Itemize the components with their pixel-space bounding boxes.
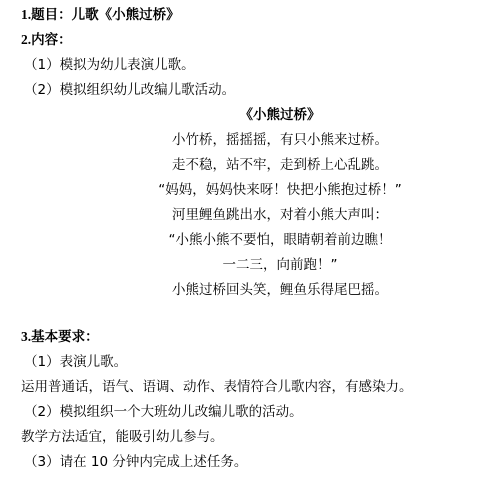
poem-line: 小竹桥，摇摇摇，有只小熊来过桥。 bbox=[140, 132, 420, 148]
requirement-item: 运用普通话，语气、语调、动作、表情符合儿歌内容，有感染力。 bbox=[21, 379, 413, 395]
heading-text: 内容： bbox=[31, 32, 72, 48]
poem-line: 一二三，向前跑！” bbox=[140, 257, 420, 273]
poem-line: “妈妈，妈妈快来呀！快把小熊抱过桥！” bbox=[140, 182, 420, 198]
content-item: （2）模拟组织幼儿改编儿歌活动。 bbox=[24, 82, 235, 98]
requirement-item: （2）模拟组织一个大班幼儿改编儿歌的活动。 bbox=[24, 404, 303, 420]
poem-line: 走不稳，站不牢，走到桥上心乱跳。 bbox=[140, 157, 420, 173]
heading-text: 基本要求： bbox=[31, 329, 99, 345]
section-requirements-heading: 3.基本要求： bbox=[21, 329, 99, 345]
requirement-item: （1）表演儿歌。 bbox=[24, 354, 127, 370]
content-item: （1）模拟为幼儿表演儿歌。 bbox=[24, 57, 195, 73]
poem-line: 小熊过桥回头笑，鲤鱼乐得尾巴摇。 bbox=[140, 282, 420, 298]
poem-title: 《小熊过桥》 bbox=[140, 107, 420, 123]
heading-text: 题目：儿歌《小熊过桥》 bbox=[31, 7, 180, 23]
poem-line: 河里鲤鱼跳出水，对着小熊大声叫： bbox=[140, 207, 420, 223]
requirement-item: 教学方法适宜，能吸引幼儿参与。 bbox=[21, 429, 224, 445]
section-number: 3. bbox=[21, 329, 31, 344]
section-number: 2. bbox=[21, 32, 31, 47]
section-number: 1. bbox=[21, 7, 31, 22]
section-title-heading: 1.题目：儿歌《小熊过桥》 bbox=[21, 7, 180, 23]
section-content-heading: 2.内容： bbox=[21, 32, 72, 48]
requirement-item: （3）请在 10 分钟内完成上述任务。 bbox=[24, 454, 247, 470]
poem-line: “小熊小熊不要怕，眼睛朝着前边瞧！ bbox=[140, 232, 420, 248]
